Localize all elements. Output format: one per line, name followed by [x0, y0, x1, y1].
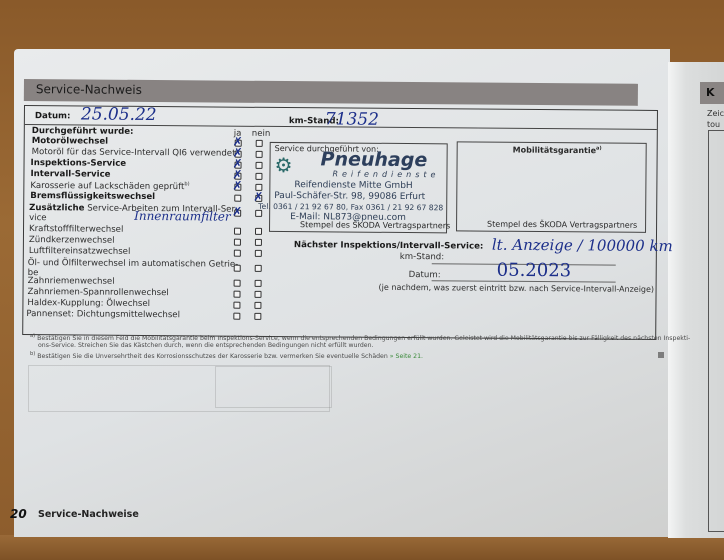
checkbox-nein[interactable]: [255, 265, 262, 272]
show-through-box: [215, 366, 332, 408]
right-page-frame: [708, 130, 724, 532]
checkbox-nein[interactable]: [255, 239, 262, 246]
service-item-label-cont: vice: [29, 213, 47, 223]
checkbox-nein[interactable]: [254, 302, 261, 309]
checkbox-ja[interactable]: [234, 280, 241, 287]
footnote-a-cont: ons-Service. Streichen Sie das Kästchen …: [38, 342, 374, 349]
next-datum-label: Datum:: [409, 270, 441, 280]
service-item-label: Zündkerzenwechsel: [29, 235, 115, 246]
next-service-note: (je nachdem, was zuerst eintritt bzw. na…: [379, 283, 655, 294]
page-section-label: Service-Nachweise: [38, 509, 139, 520]
service-item-label: Inspektions-Service: [31, 158, 127, 169]
service-item-label: Motorölwechsel: [32, 136, 109, 147]
service-item-label: Zahnriemen-Spannrollenwechsel: [27, 287, 168, 298]
stamp-address: Paul-Schäfer-Str. 98, 99086 Erfurt: [274, 191, 425, 202]
service-item-label: Intervall-Service: [30, 169, 110, 180]
service-item-label: Pannenset: Dichtungsmittelwechsel: [26, 309, 180, 320]
checkbox-ja[interactable]: [234, 195, 241, 202]
stamp-brand-sub: Reifendienste: [332, 169, 439, 179]
service-item-label: Bremsflüssigkeitswechsel: [30, 191, 155, 202]
checkbox-nein[interactable]: [254, 291, 261, 298]
check-x-icon: ✗: [232, 207, 242, 217]
service-item-label: Zahnriemenwechsel: [28, 276, 115, 287]
col-nein: nein: [252, 129, 271, 139]
page-number: 20: [10, 507, 27, 521]
service-item-label: Öl- und Ölfilterwechsel im automatischen…: [28, 258, 239, 270]
stamp-caption-bottom: Stempel des ŠKODA Vertragspartners: [300, 220, 450, 230]
stamp-brand: Pneuhage: [320, 148, 427, 171]
stamp-box-service: Service durchgeführt von: ⚙ Pneuhage Rei…: [269, 142, 448, 233]
page-21-link[interactable]: » Seite 21.: [390, 353, 423, 360]
checkbox-nein[interactable]: [255, 250, 262, 257]
checkbox-ja[interactable]: [234, 265, 241, 272]
check-x-icon: ✗: [232, 181, 242, 191]
mobility-stamp-caption: Stempel des ŠKODA Vertragspartners: [487, 220, 637, 230]
checkbox-ja[interactable]: [234, 250, 241, 257]
service-item-label: Haldex-Kupplung: Ölwechsel: [27, 298, 150, 309]
right-page-header: K: [700, 82, 724, 104]
check-x-icon: ✗: [253, 192, 263, 202]
service-item-label: Motoröl für das Service-Intervall QI6 ve…: [32, 147, 236, 159]
pneuhage-logo-icon: ⚙: [274, 153, 292, 177]
service-item-label: Luftfiltereinsatzwechsel: [29, 246, 131, 257]
service-record-form: Datum: 25.05.22 km-Stand: 71352 Durchgef…: [22, 105, 658, 340]
checkbox-nein[interactable]: [256, 140, 263, 147]
next-km-label: km-Stand:: [400, 252, 444, 262]
checkbox-nein[interactable]: [256, 151, 263, 158]
checkbox-ja[interactable]: [233, 313, 240, 320]
mobility-caption: Mobilitätsgarantiea): [513, 145, 602, 155]
datum-label: Datum:: [35, 111, 71, 121]
table-surface: [0, 535, 724, 560]
datum-value[interactable]: 25.05.22: [81, 104, 157, 125]
service-item-label: Kraftstofffilterwechsel: [29, 224, 123, 235]
booklet-page-right: K Zeictou: [668, 62, 724, 538]
checkbox-nein[interactable]: [254, 313, 261, 320]
next-service-heading: Nächster Inspektions/Intervall-Service:: [294, 240, 484, 251]
checkbox-nein[interactable]: [256, 162, 263, 169]
section-title: Service-Nachweis: [36, 82, 142, 97]
stamp-phone: Tel. 0361 / 21 92 67 80, Fax 0361 / 21 9…: [258, 202, 443, 212]
checkbox-nein[interactable]: [255, 228, 262, 235]
checkbox-nein[interactable]: [255, 210, 262, 217]
footnote-a: a) Bestätigen Sie in diesem Feld die Mob…: [30, 333, 690, 342]
right-page-text: Zeictou: [707, 108, 724, 130]
next-datum-value[interactable]: 05.2023: [497, 260, 572, 282]
checkbox-ja[interactable]: [233, 291, 240, 298]
stamp-box-mobility: Mobilitätsgarantiea) Stempel des ŠKODA V…: [456, 141, 647, 232]
stamp-company: Reifendienste Mitte GmbH: [294, 180, 412, 191]
next-km-value[interactable]: lt. Anzeige / 100000 km: [492, 236, 673, 255]
checkbox-nein[interactable]: [255, 280, 262, 287]
footnote-b: b) Bestätigen Sie die Unversehrtheit des…: [30, 351, 423, 360]
end-marker-icon: [658, 352, 664, 358]
checkbox-ja[interactable]: [234, 239, 241, 246]
checkbox-ja[interactable]: [233, 302, 240, 309]
checkbox-ja[interactable]: [234, 228, 241, 235]
handwritten-extra-work[interactable]: Innenraumfilter: [134, 209, 231, 224]
checkbox-nein[interactable]: [255, 173, 262, 180]
